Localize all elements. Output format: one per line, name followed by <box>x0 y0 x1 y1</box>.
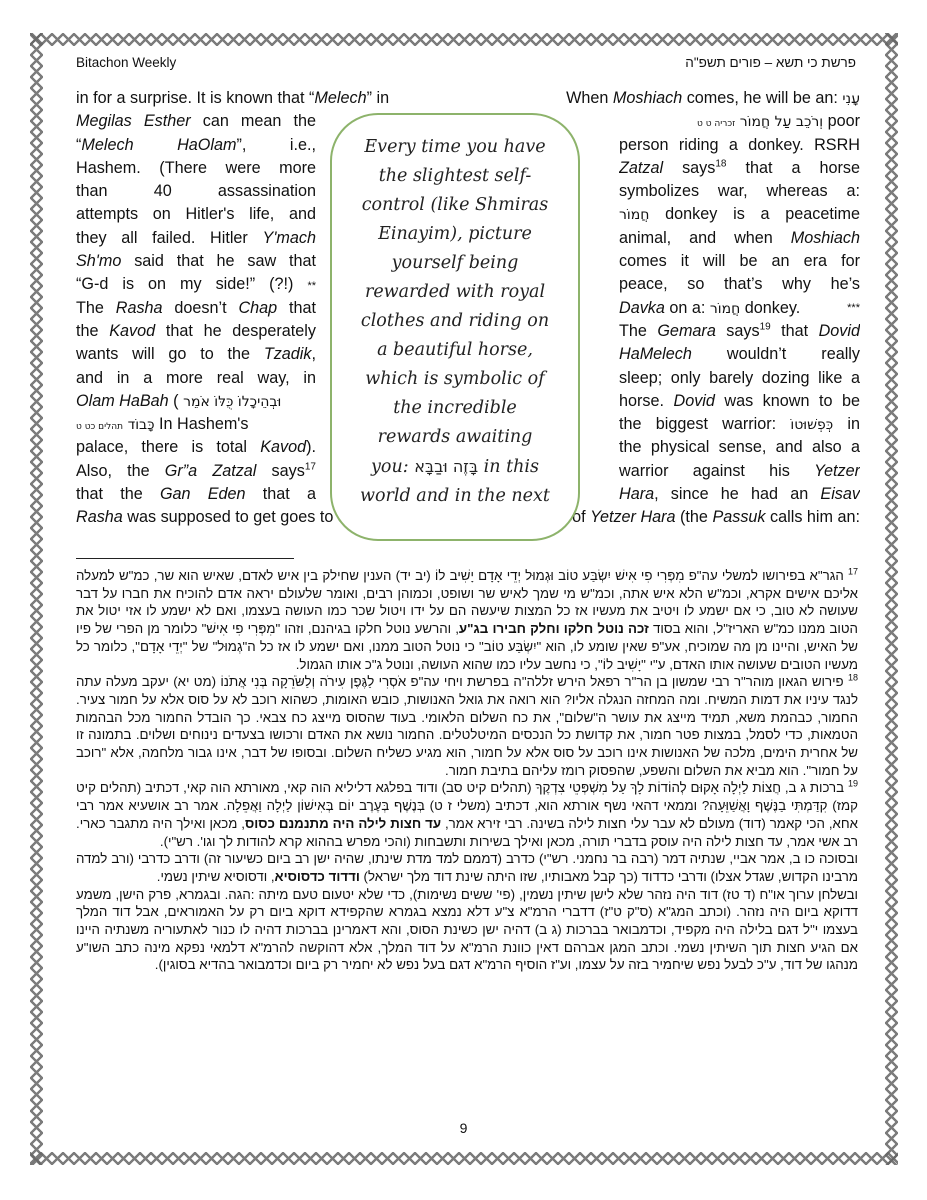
quote-line: Every time you have <box>332 133 578 162</box>
quote-line: the slightest self- <box>332 162 578 191</box>
text-line: person riding a donkey. RSRH <box>619 134 860 157</box>
page-header: Bitachon Weekly פרשת כי תשא – פורים תשפ"… <box>76 55 856 77</box>
text-line: HaMelech wouldn’t really <box>619 343 860 366</box>
quote-line: which is symbolic of <box>332 365 578 394</box>
footnote-17: 17 הגר"א בפירושו למשלי עה"פ מִפְּרִי פִי… <box>76 567 858 673</box>
text-line: peace, so that’s why he’s <box>619 273 860 296</box>
hebrew-quote: וּבְהֵיכָלוֹ כֻּלּוֹ אֹמֵר <box>183 394 281 410</box>
hebrew-quote: כָּבוֹד <box>128 417 155 433</box>
text-line: that the Gan Eden that a <box>76 483 316 506</box>
text-line: Davka on a: חֲמוֹר donkey.*** <box>619 297 860 320</box>
text-line: than 40 assassination <box>76 180 316 203</box>
text-line: When Moshiach comes, he will be an: עָנִ… <box>490 87 860 110</box>
quote-line: a beautiful horse, <box>332 336 578 365</box>
text-line: חֲמוֹר donkey is a peacetime <box>619 203 860 226</box>
footnote-ref-19[interactable]: 19 <box>760 322 771 333</box>
quote-line: the incredible <box>332 394 578 423</box>
footnote-number: 17 <box>848 567 858 577</box>
quote-line: world and in the next <box>332 482 578 511</box>
publication-title: Bitachon Weekly <box>76 55 176 70</box>
footnote-ref-18[interactable]: 18 <box>715 159 726 170</box>
text-line: “Melech HaOlam”, i.e., <box>76 134 316 157</box>
footnote-ref-17[interactable]: 17 <box>305 461 316 472</box>
text-line: Hashem. (There were more <box>76 157 316 180</box>
text-line: they all failed. Hitler Y'mach <box>76 227 316 250</box>
text-line: animal, and when Moshiach <box>619 227 860 250</box>
footnote-separator <box>76 558 294 559</box>
text-line: palace, there is total Kavod). <box>76 436 316 459</box>
pull-quote-text: Every time you have the slightest self- … <box>332 133 578 511</box>
text-line: and in a more real way, in <box>76 367 316 390</box>
decorative-border-top <box>30 33 898 46</box>
text-line: horse. Dovid was known to be <box>619 390 860 413</box>
text-line: in for a surprise. It is known that “Mel… <box>76 87 448 110</box>
text-line: The Gemara says19 that Dovid <box>619 320 860 343</box>
text-line: the physical sense, and also a <box>619 436 860 459</box>
quote-line: control (like Shmiras <box>332 191 578 220</box>
text-line: Megilas Esther can mean the <box>76 110 316 133</box>
footnote-19-para-2: ובסוכה כו ב, אמר אביי, שנתיה דמר (רבה בר… <box>76 850 858 885</box>
text-line: Olam HaBah ( וּבְהֵיכָלוֹ כֻּלּוֹ אֹמֵר <box>76 390 316 413</box>
text-line: Also, the Gr”a Zatzal says17 <box>76 460 316 483</box>
footnotes: 17 הגר"א בפירושו למשלי עה"פ מִפְּרִי פִי… <box>76 567 858 974</box>
page-number: 9 <box>0 1120 927 1136</box>
hebrew-quote: בָּזֶה וּבַבָּא <box>414 457 478 476</box>
text-line: תהלים כט ט כָּבוֹד In Hashem's <box>76 413 316 436</box>
text-line: Zatzal says18 that a horse <box>619 157 860 180</box>
footnote-19: 19 ברכות ג ב, חֲצוֹת לַיְלָה אָקוּם לְהו… <box>76 779 858 850</box>
text-line: warrior against his Yetzer <box>619 460 860 483</box>
text-line: the Kavod that he desperately <box>76 320 316 343</box>
quote-line: rewards awaiting <box>332 423 578 452</box>
quote-line: you: בָּזֶה וּבַבָּא in this <box>332 452 578 482</box>
text-line: “G-d is on my side!” (?!) ** <box>76 273 316 296</box>
decorative-border-right <box>885 33 898 1165</box>
text-line: comes it will be an era for <box>619 250 860 273</box>
footnote-18: 18 פירוש הגאון מוהר"ר רבי שמשון בן הר"ר … <box>76 673 858 779</box>
parsha-title: פרשת כי תשא – פורים תשפ"ה <box>685 55 856 70</box>
quote-line: yourself being <box>332 249 578 278</box>
pull-quote-box: Every time you have the slightest self- … <box>330 113 580 541</box>
hebrew-quote: וְרֹכֵב עַל חֲמוֹר <box>740 114 823 130</box>
text-line: sleep; only barely dozing like a <box>619 367 860 390</box>
quote-line: clothes and riding on <box>332 307 578 336</box>
hebrew-quote: כְּפְשׁוּטוֹ <box>790 417 833 433</box>
text-line: wants will go to the Tzadik, <box>76 343 316 366</box>
text-line: Sh'mo said that he saw that <box>76 250 316 273</box>
hebrew-quote: חֲמוֹר <box>710 301 740 317</box>
quote-line: Einayim), picture <box>332 220 578 249</box>
hebrew-source: זכריה ט ט <box>697 119 735 129</box>
footnote-number: 18 <box>848 673 858 683</box>
decorative-border-bottom <box>30 1152 898 1165</box>
text-line: attempts on Hitler's life, and <box>76 203 316 226</box>
decorative-border-left <box>30 33 43 1165</box>
section-separator: ** <box>307 280 316 292</box>
hebrew-quote: חֲמוֹר <box>619 207 649 223</box>
text-line: symbolizes war, whereas a: <box>619 180 860 203</box>
text-line: the biggest warrior: כְּפְשׁוּטוֹ in <box>619 413 860 436</box>
footnote-number: 19 <box>848 779 858 789</box>
text-line: זכריה ט ט וְרֹכֵב עַל חֲמוֹר poor <box>619 110 860 133</box>
text-line: The Rasha doesn’t Chap that <box>76 297 316 320</box>
footnote-19-para-3: ובשלחן ערוך או"ח (ד טז) דוד היה נזהר שלא… <box>76 886 858 975</box>
section-separator: *** <box>847 297 860 320</box>
quote-line: rewarded with royal <box>332 278 578 307</box>
hebrew-quote: עָנִי <box>842 91 860 107</box>
text-line: Hara, since he had an Eisav <box>619 483 860 506</box>
hebrew-source: תהלים כט ט <box>76 422 123 432</box>
